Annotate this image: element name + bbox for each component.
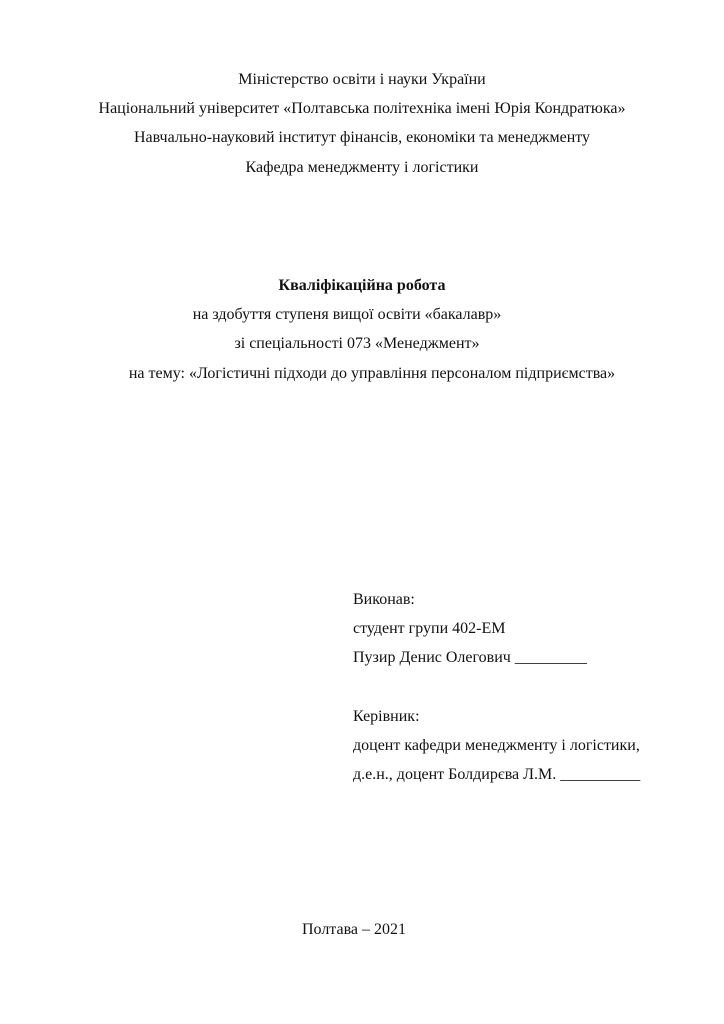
supervisor-label: Керівник: — [353, 707, 420, 727]
author-name: Пузир Денис Олегович _________ — [353, 648, 587, 668]
ministry-line: Міністерство освіти і науки України — [0, 70, 724, 90]
supervisor-position: доцент кафедри менеджменту і логістики, — [353, 736, 640, 756]
author-group: студент групи 402-ЕМ — [353, 619, 505, 639]
department-line: Кафедра менеджменту і логістики — [0, 158, 724, 178]
topic-line: на тему: «Логістичні підходи до управлін… — [10, 364, 724, 384]
work-title: Кваліфікаційна робота — [0, 276, 724, 296]
institute-line: Навчально-науковий інститут фінансів, ек… — [0, 128, 724, 148]
supervisor-name: д.е.н., доцент Болдирєва Л.М. __________ — [353, 765, 640, 785]
author-label: Виконав: — [353, 590, 415, 610]
place-year: Полтава – 2021 — [0, 920, 716, 940]
university-line: Національний університет «Полтавська пол… — [0, 99, 724, 119]
specialty-line: зі спеціальності 073 «Менеджмент» — [0, 334, 719, 354]
degree-line: на здобуття ступеня вищої освіти «бакала… — [0, 305, 709, 325]
